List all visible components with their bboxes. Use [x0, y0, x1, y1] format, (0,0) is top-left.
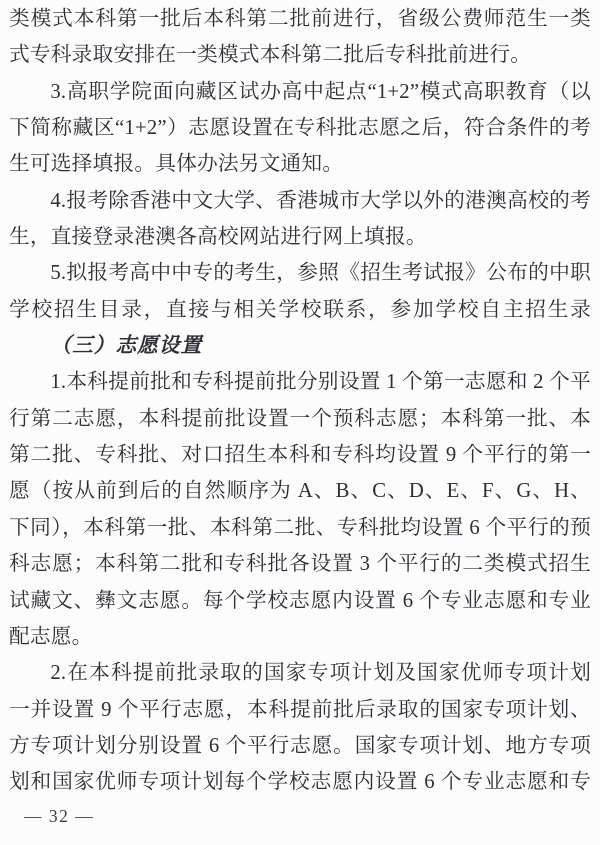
document-page: 类模式本科第一批后本科第二批前进行，省级公费师范生一类模 式专科录取安排在一类模…: [0, 0, 600, 845]
text-line-2: 式专科录取安排在一类模式本科第二批后专科批前进行。: [9, 37, 591, 73]
text-line-5: 生可选择填报。具体办法另文通知。: [9, 146, 591, 182]
text-line-14: 愿（按从前到后的自然顺序为 A、B、C、D、E、F、G、H、I，: [9, 473, 591, 509]
text-line-21: 方专项计划分别设置 6 个平行志愿。国家专项计划、地方专项计: [9, 728, 591, 764]
text-line-9: 学校招生目录，直接与相关学校联系，参加学校自主招生录取。: [9, 292, 591, 328]
text-line-6: 4.报考除香港中文大学、香港城市大学以外的港澳高校的考: [9, 183, 591, 219]
text-line-15: 下同），本科第一批、本科第二批、专科批均设置 6 个平行的预: [9, 510, 591, 546]
text-line-1: 类模式本科第一批后本科第二批前进行，省级公费师范生一类模: [9, 1, 591, 37]
text-line-12: 行第二志愿，本科提前批设置一个预科志愿；本科第一批、本科: [9, 401, 591, 437]
text-line-13: 第二批、专科批、对口招生本科和专科均设置 9 个平行的第一志: [9, 437, 591, 473]
text-line-18: 配志愿。: [9, 619, 591, 655]
text-line-11: 1.本科提前批和专科提前批分别设置 1 个第一志愿和 2 个平: [9, 364, 591, 400]
text-line-8: 5.拟报考高中中专的考生，参照《招生考试报》公布的中职: [9, 255, 591, 291]
text-line-20: 一并设置 9 个平行志愿，本科提前批后录取的国家专项计划、地: [9, 692, 591, 728]
text-line-19: 2.在本科提前批录取的国家专项计划及国家优师专项计划: [9, 655, 591, 691]
text-line-7: 生，直接登录港澳各高校网站进行网上填报。: [9, 219, 591, 255]
section-heading: （三）志愿设置: [9, 328, 591, 364]
text-line-22: 划和国家优师专项计划每个学校志愿内设置 6 个专业志愿和专: [9, 764, 591, 800]
text-line-17: 试藏文、彝文志愿。每个学校志愿内设置 6 个专业志愿和专业调: [9, 583, 591, 619]
page-number: — 32 —: [24, 806, 94, 827]
text-line-4: 下简称藏区“1+2”）志愿设置在专科批志愿之后，符合条件的考: [9, 110, 591, 146]
text-line-3: 3.高职学院面向藏区试办高中起点“1+2”模式高职教育（以: [9, 74, 591, 110]
text-line-16: 科志愿；本科第二批和专科批各设置 3 个平行的二类模式招生考: [9, 546, 591, 582]
